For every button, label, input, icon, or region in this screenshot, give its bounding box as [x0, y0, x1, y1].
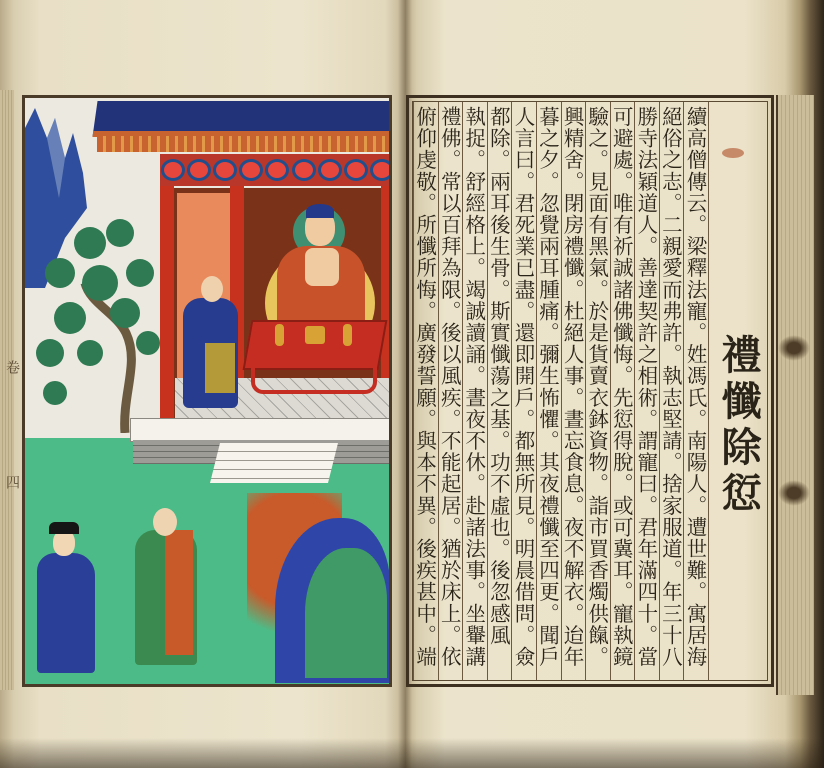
fishtail-ornament-top [778, 335, 810, 361]
illustration [22, 95, 392, 687]
hall-frieze [160, 154, 392, 186]
text-column-8: 人言曰。君死業已盡。還即開戶。都無所見。明晨借問。僉言黑氣 [511, 102, 536, 680]
buddha-hair [306, 204, 334, 218]
text-column-11: 禮佛。常以百拜為限。後以風疾。不能起居。猶於床上。依時百過 [438, 102, 463, 680]
text-column-7: 暮之夕。忽覺兩耳腫痛。彌生怖懼。其夜禮懺至四更。聞戶外有 [536, 102, 561, 680]
text-column-9: 都除。兩耳後生骨。斯實懺蕩之基。功不虛也。後忽感風疾。不能 [487, 102, 512, 680]
text-panel: 禮懺除愆 續高僧傳云。梁釋法寵。姓馮氏。南陽人。遭世難。寓居海鹽。少有 絕俗之志… [406, 95, 774, 687]
chapter-title: 禮懺除愆 [708, 102, 767, 680]
kneeling-monk-head [201, 276, 223, 302]
official-figure [37, 553, 95, 673]
official-hat [49, 522, 79, 534]
open-book: 卷 四 [0, 0, 824, 768]
text-column-1: 續高僧傳云。梁釋法寵。姓馮氏。南陽人。遭世難。寓居海鹽。少有 [683, 102, 708, 680]
page-edge-right [776, 95, 814, 695]
margin-label-top: 卷 [2, 360, 22, 374]
page-edge-left [0, 90, 14, 690]
fishtail-ornament-bottom [778, 480, 810, 506]
altar-vase-left [275, 324, 284, 346]
incense-burner-icon [305, 326, 325, 344]
text-column-10: 執捉。舒經格上。竭誠讀誦。晝夜不休。赴諸法事。坐轝講說。未疾 [462, 102, 487, 680]
text-column-4: 可避處。唯有祈誠諸佛懺悔。先愆得脫。或可冀耳。寵執鏡自照 [610, 102, 635, 680]
kneeling-monk-apron [205, 343, 235, 393]
margin-label-bottom: 四 [2, 475, 22, 489]
hall-eave [97, 136, 392, 152]
altar-vase-right [343, 324, 352, 346]
green-rock [305, 548, 387, 678]
text-column-12: 俯仰虔敬。所懺所悔。廣發誓願。與本不異。後疾甚中。端坐而逝。 [413, 102, 438, 680]
hall-roof [92, 101, 392, 137]
left-page: 卷 四 [0, 0, 405, 768]
text-column-3: 勝寺法穎道人。善達契許之相術。謂寵曰。君年滿四十。當死。無 [634, 102, 659, 680]
text-column-2: 絕俗之志。二親愛而弗許。執志堅請。捨家服道。年三十八歲。正 [659, 102, 684, 680]
altar-legs [251, 366, 377, 394]
standing-monk-sash [165, 530, 193, 655]
tree-icon [30, 203, 165, 433]
terrace-steps [210, 443, 338, 483]
text-column-5: 驗之。見面有黑氣。於是貨賣衣鉢資物。詣市買香燭供餼。於光 [585, 102, 610, 680]
ink-stain [722, 148, 744, 158]
standing-monk-head [153, 508, 177, 536]
buddha-chest [305, 248, 339, 286]
text-columns: 禮懺除愆 續高僧傳云。梁釋法寵。姓馮氏。南陽人。遭世難。寓居海鹽。少有 絕俗之志… [412, 101, 768, 681]
page-bottom-shadow [0, 738, 824, 768]
hall-terrace [130, 418, 392, 442]
text-column-6: 興精舍。閉房禮懺。杜絕人事。晝忘食息。夜不解衣。迨年四十歲 [561, 102, 586, 680]
